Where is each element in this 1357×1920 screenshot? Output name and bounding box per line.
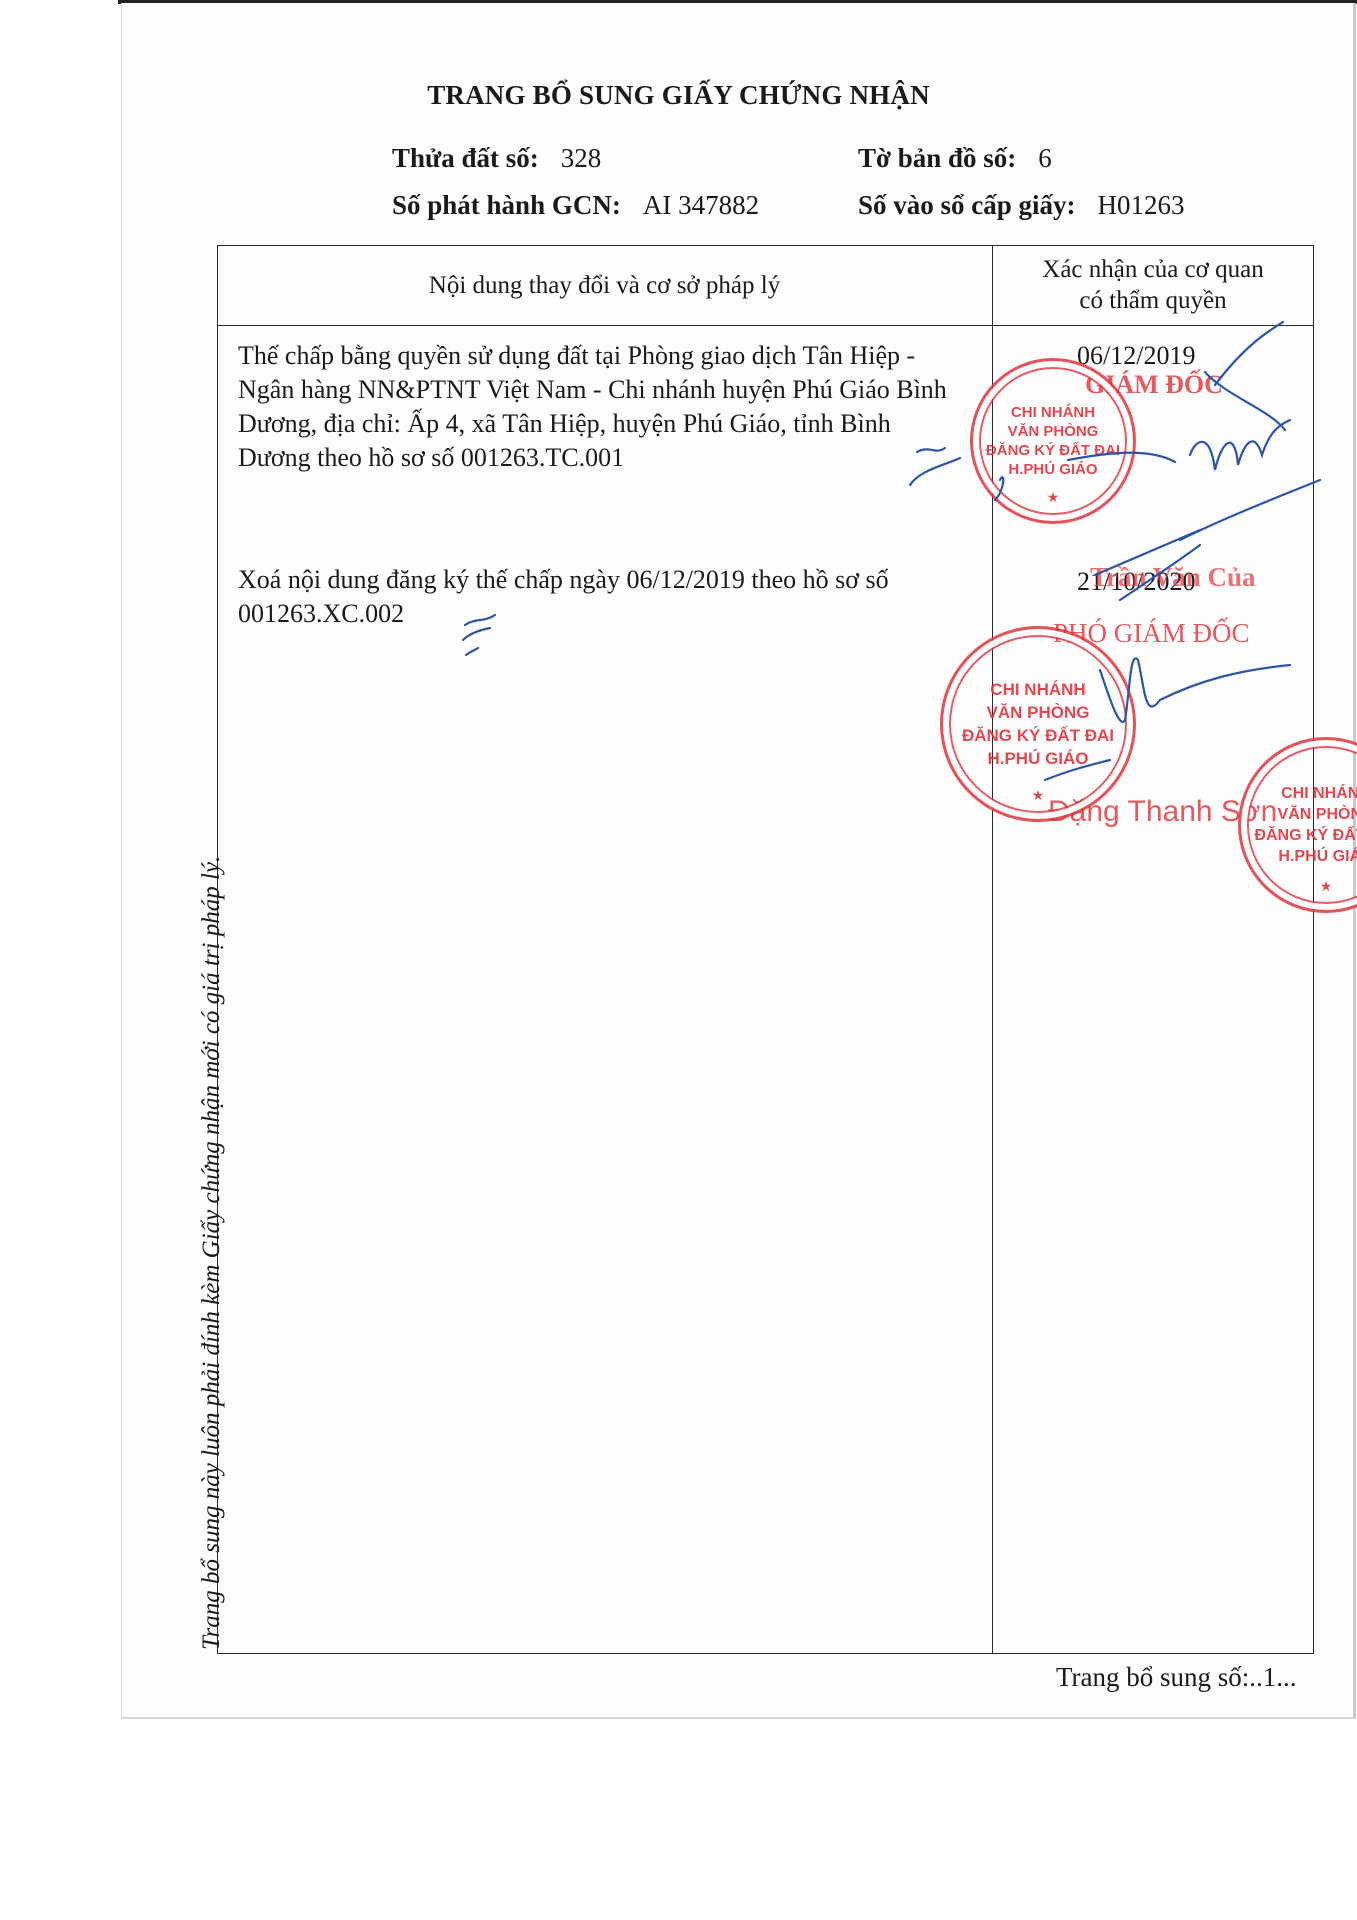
stamp-2-text: CHI NHÁNHVĂN PHÒNGĐĂNG KÝ ĐẤT ĐAIH.PHÚ G… xyxy=(962,678,1114,770)
certificate-issue-number: Số phát hành GCN:AI 347882 xyxy=(392,190,759,221)
header-confirmation-line1: Xác nhận của cơ quan xyxy=(992,254,1314,285)
header-confirmation-line2: có thẩm quyền xyxy=(992,285,1314,316)
header-confirmation: Xác nhận của cơ quan có thẩm quyền xyxy=(992,254,1314,316)
row-1-content: Thế chấp bằng quyền sử dụng đất tại Phòn… xyxy=(238,339,958,475)
document-title: TRANG BỔ SUNG GIẤY CHỨNG NHẬN xyxy=(0,80,1357,111)
register-label: Số vào sổ cấp giấy: xyxy=(858,190,1076,220)
certificate-issue-value: AI 347882 xyxy=(643,190,759,220)
row-1-date: 06/12/2019 xyxy=(1077,341,1195,371)
official-stamp-1: CHI NHÁNHVĂN PHÒNGĐĂNG KÝ ĐẤT ĐAIH.PHÚ G… xyxy=(970,358,1136,524)
row-2-content: Xoá nội dung đăng ký thế chấp ngày 06/12… xyxy=(238,563,958,631)
map-sheet-label: Tờ bản đồ số: xyxy=(858,143,1016,173)
supplement-page-number: Trang bổ sung số:..1... xyxy=(1056,1662,1297,1693)
register-value: H01263 xyxy=(1098,190,1185,220)
stamp-1-text: CHI NHÁNHVĂN PHÒNGĐĂNG KÝ ĐẤT ĐAIH.PHÚ G… xyxy=(986,403,1120,479)
register-number: Số vào sổ cấp giấy:H01263 xyxy=(858,190,1185,221)
stamp-star-icon: ★ xyxy=(1320,879,1333,896)
stamp-3-text: CHI NHÁNHVĂN PHÒNGĐĂNG KÝ ĐẤT ĐAIH.PHÚ G… xyxy=(1254,783,1357,867)
official-stamp-2: CHI NHÁNHVĂN PHÒNGĐĂNG KÝ ĐẤT ĐAIH.PHÚ G… xyxy=(940,626,1136,822)
row-1-signer-name: Trần Văn Của xyxy=(1090,562,1256,593)
stamp-star-icon: ★ xyxy=(1047,490,1060,507)
map-sheet-number: Tờ bản đồ số:6 xyxy=(858,143,1052,174)
stamp-star-icon: ★ xyxy=(1032,788,1045,805)
parcel-value: 328 xyxy=(561,143,602,173)
header-content: Nội dung thay đổi và cơ sở pháp lý xyxy=(217,270,992,301)
parcel-label: Thửa đất số: xyxy=(392,143,539,173)
map-sheet-value: 6 xyxy=(1038,143,1052,173)
parcel-number: Thửa đất số:328 xyxy=(392,143,601,174)
side-legal-note: Trang bổ sung này luôn phải đính kèm Giấ… xyxy=(198,856,226,1650)
table-header-divider xyxy=(217,325,1314,326)
certificate-issue-label: Số phát hành GCN: xyxy=(392,190,621,220)
